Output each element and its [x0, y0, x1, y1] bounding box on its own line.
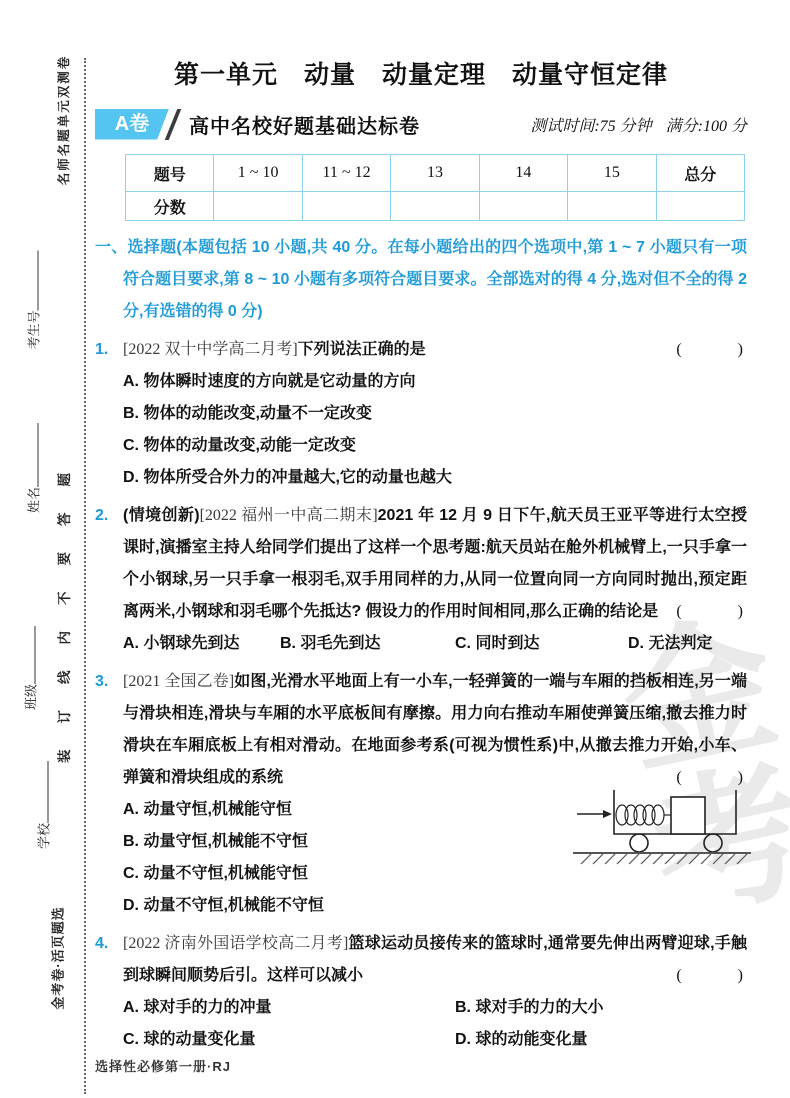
- option-b: B. 羽毛先到达: [280, 628, 455, 660]
- option-a: A. 小钢球先到达: [123, 628, 280, 660]
- score-cell: [391, 192, 479, 221]
- paper-header-row: A卷 高中名校好题基础达标卷 测试时间:75 分钟满分:100 分: [95, 107, 747, 141]
- book-footer: 选择性必修第一册·RJ: [95, 1056, 231, 1075]
- option-d: D. 动量不守恒,机械能不守恒: [123, 890, 747, 922]
- sidebar-field-examinee-number: 考生号: [24, 250, 43, 349]
- stem-text: 下列说法正确的是: [298, 341, 426, 358]
- score-cell: [656, 192, 744, 221]
- question-source: [2022 双十中学高二月考]: [123, 341, 298, 358]
- score-col: 11 ~ 12: [302, 155, 390, 192]
- sidebar-series-label: 名师名题单元双测卷: [54, 55, 72, 186]
- question-number: 3.: [95, 666, 108, 698]
- score-col: 14: [479, 155, 567, 192]
- option-d: D. 无法判定: [628, 628, 712, 660]
- field-label: 姓名: [27, 487, 42, 513]
- option-c: C. 同时到达: [455, 628, 628, 660]
- answer-bracket: ( ): [676, 334, 745, 366]
- option-b: B. 球对手的力的大小: [455, 992, 747, 1024]
- score-col: 13: [391, 155, 479, 192]
- sidebar-field-name: 姓名: [24, 423, 43, 513]
- write-in-line: [36, 761, 49, 823]
- sidebar-field-school: 学校: [34, 761, 53, 849]
- write-in-line: [26, 250, 39, 310]
- unit-title: 第一单元 动量 动量定理 动量守恒定律: [95, 55, 747, 91]
- question-number: 1.: [95, 334, 108, 366]
- score-cell: [302, 192, 390, 221]
- question-4: 4. [2022 济南外国语学校高二月考]篮球运动员接传来的篮球时,通常要先伸出…: [95, 928, 747, 1056]
- score-table-header-row: 题号 1 ~ 10 11 ~ 12 13 14 15 总分: [126, 155, 745, 192]
- sidebar-brand: 金考卷·活页题选: [48, 906, 67, 1009]
- binding-dotted-line: [84, 58, 86, 1094]
- option-d: D. 物体所受合外力的冲量越大,它的动量也越大: [123, 462, 747, 494]
- sidebar-field-class: 班级: [21, 626, 40, 710]
- write-in-line: [23, 626, 36, 684]
- option-a: A. 球对手的力的冲量: [123, 992, 455, 1024]
- options-grid: A. 球对手的力的冲量 B. 球对手的力的大小 C. 球的动量变化量 D. 球的…: [123, 992, 747, 1056]
- total-score-label: 总分: [656, 155, 744, 192]
- question-source: [2021 全国乙卷]: [123, 673, 234, 690]
- question-stem: [2022 双十中学高二月考]下列说法正确的是: [123, 334, 747, 366]
- question-number: 4.: [95, 928, 108, 960]
- write-in-line: [26, 423, 39, 487]
- question-tag: (情境创新): [123, 507, 200, 524]
- option-c: C. 物体的动量改变,动能一定改变: [123, 430, 747, 462]
- score-cell: [568, 192, 656, 221]
- question-number: 2.: [95, 500, 108, 532]
- option-d: D. 球的动能变化量: [455, 1024, 747, 1056]
- cart-spring-block-figure: [573, 784, 751, 868]
- field-label: 考生号: [27, 310, 42, 349]
- score-cell: [479, 192, 567, 221]
- question-number-label: 题号: [126, 155, 214, 192]
- score-table: 题号 1 ~ 10 11 ~ 12 13 14 15 总分 分数: [125, 154, 745, 221]
- main-content: 第一单元 动量 动量定理 动量守恒定律 A卷 高中名校好题基础达标卷 测试时间:…: [95, 55, 747, 1056]
- section-heading: 一、选择题(本题包括 10 小题,共 40 分。在每小题给出的四个选项中,第 1…: [95, 232, 747, 328]
- option-c: C. 球的动量变化量: [123, 1024, 455, 1056]
- question-source: [2022 济南外国语学校高二月考]: [123, 935, 348, 952]
- option-a: A. 物体瞬时速度的方向就是它动量的方向: [123, 366, 747, 398]
- answer-bracket: ( ): [676, 960, 745, 992]
- options-row: A. 小钢球先到达 B. 羽毛先到达 C. 同时到达 D. 无法判定: [123, 628, 747, 660]
- score-label: 分数: [126, 192, 214, 221]
- paper-a-badge: A卷: [95, 109, 169, 140]
- exam-paper-page: 金考 名师名题单元双测卷 考生号 姓名 班级 学校 装订线内不要答题 金考卷·活…: [0, 0, 790, 1098]
- test-time: 测试时间:75 分钟: [530, 118, 651, 135]
- question-stem: [2021 全国乙卷]如图,光滑水平地面上有一小车,一轻弹簧的一端与车厢的挡板相…: [123, 666, 747, 794]
- full-score: 满分:100 分: [666, 118, 747, 135]
- question-source: [2022 福州一中高二期末]: [200, 507, 378, 524]
- paper-meta: 测试时间:75 分钟满分:100 分: [530, 113, 747, 136]
- score-col: 15: [568, 155, 656, 192]
- binding-notice: 装订线内不要答题: [53, 447, 73, 763]
- question-stem: [2022 济南外国语学校高二月考]篮球运动员接传来的篮球时,通常要先伸出两臂迎…: [123, 928, 747, 992]
- question-1: 1. [2022 双十中学高二月考]下列说法正确的是 ( ) A. 物体瞬时速度…: [95, 334, 747, 494]
- paper-name: 高中名校好题基础达标卷: [189, 110, 420, 139]
- question-stem: (情境创新)[2022 福州一中高二期末]2021 年 12 月 9 日下午,航…: [123, 500, 747, 628]
- question-3: 3. [2021 全国乙卷]如图,光滑水平地面上有一小车,一轻弹簧的一端与车厢的…: [95, 666, 747, 922]
- answer-bracket: ( ): [676, 596, 745, 628]
- score-col: 1 ~ 10: [214, 155, 302, 192]
- field-label: 班级: [24, 684, 39, 710]
- question-2: 2. (情境创新)[2022 福州一中高二期末]2021 年 12 月 9 日下…: [95, 500, 747, 660]
- field-label: 学校: [37, 823, 52, 849]
- option-b: B. 物体的动能改变,动量不一定改变: [123, 398, 747, 430]
- score-table-score-row: 分数: [126, 192, 745, 221]
- score-cell: [214, 192, 302, 221]
